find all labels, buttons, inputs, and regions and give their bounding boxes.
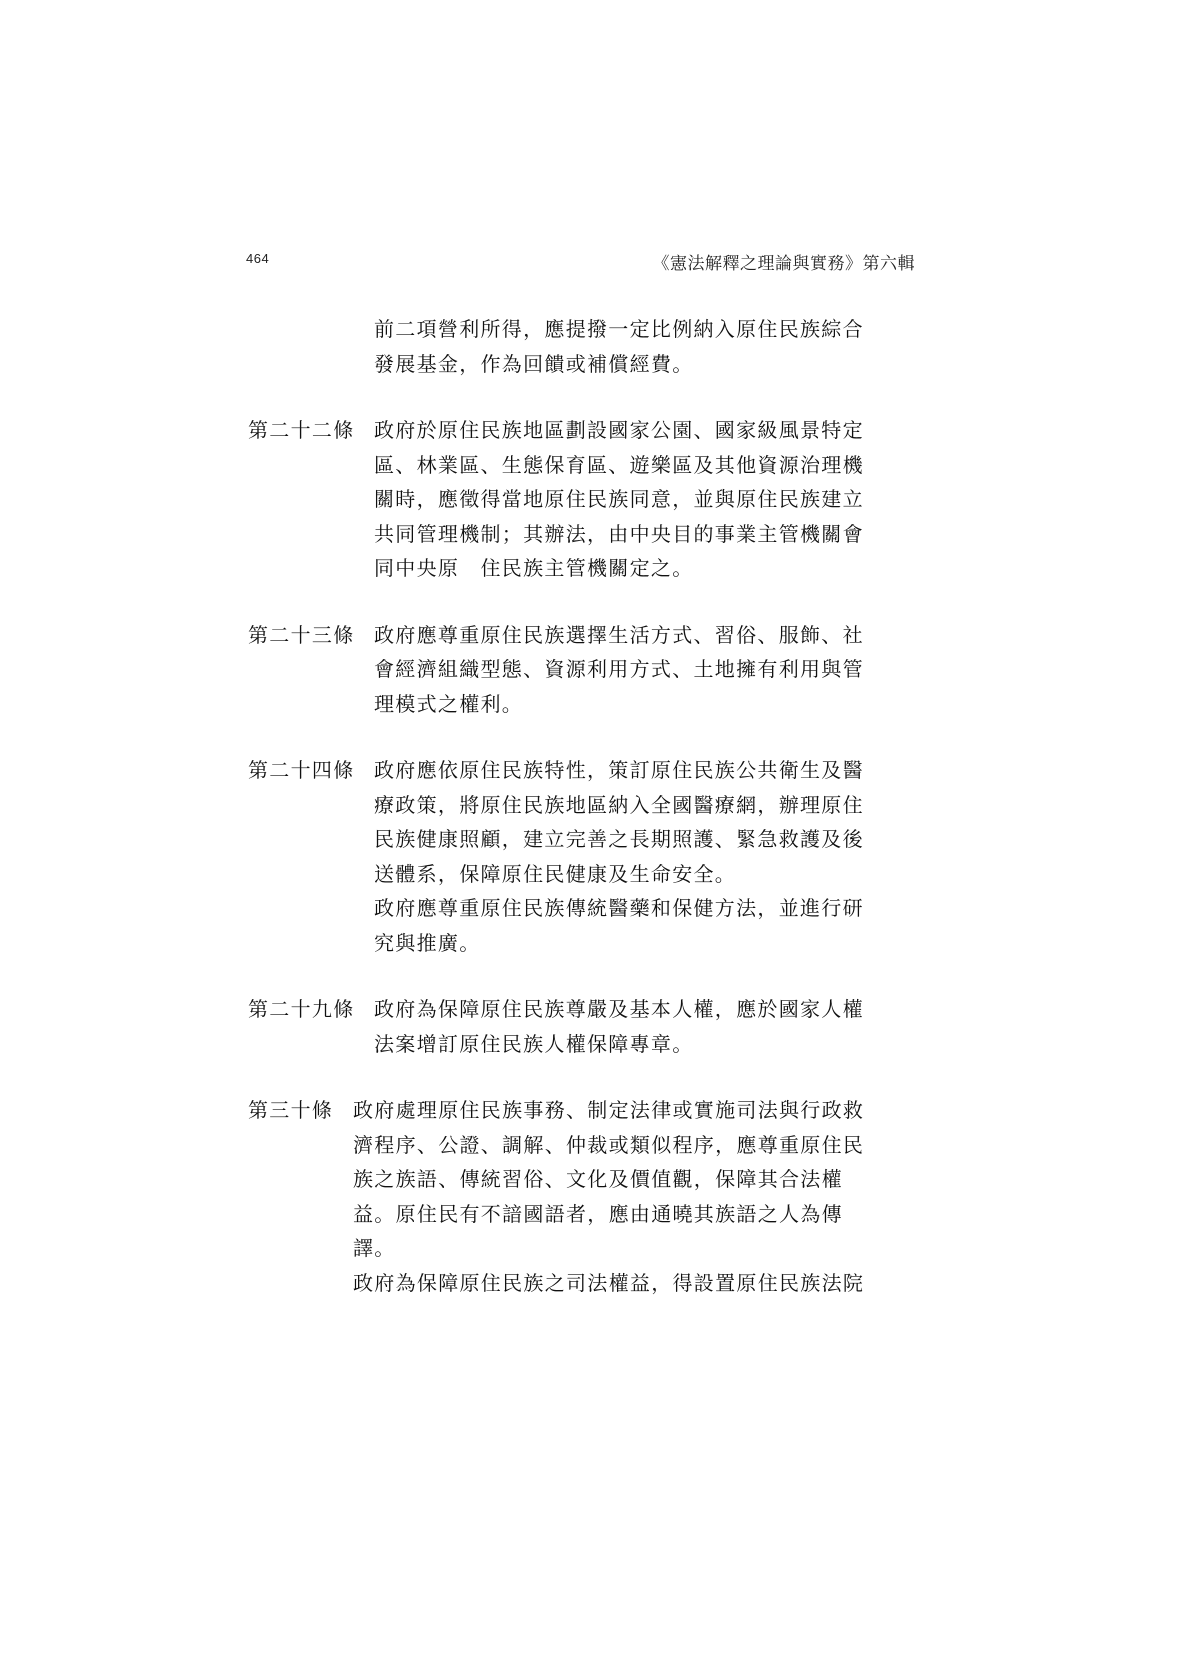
text-line: 益。原住民有不諳國語者，應由通曉其族語之人為傳 <box>353 1197 918 1232</box>
document-body: 前二項營利所得，應提撥一定比例納入原住民族綜合 發展基金，作為回饋或補償經費。 … <box>248 312 918 1300</box>
article-24: 第二十四條 政府應依原住民族特性，策訂原住民族公共衛生及醫 療政策，將原住民族地… <box>248 753 918 960</box>
text-line: 送體系，保障原住民健康及生命安全。 <box>374 857 918 892</box>
article-label: 第二十二條 <box>248 413 374 586</box>
text-line: 族之族語、傳統習俗、文化及價值觀，保障其合法權 <box>353 1162 918 1197</box>
text-line: 關時，應徵得當地原住民族同意，並與原住民族建立 <box>374 482 918 517</box>
article-label: 第二十三條 <box>248 618 374 722</box>
article-content: 政府應尊重原住民族選擇生活方式、習俗、服飾、社 會經濟組織型態、資源利用方式、土… <box>374 618 918 722</box>
article-23: 第二十三條 政府應尊重原住民族選擇生活方式、習俗、服飾、社 會經濟組織型態、資源… <box>248 618 918 722</box>
text-line: 同中央原 住民族主管機關定之。 <box>374 551 918 586</box>
text-line: 政府處理原住民族事務、制定法律或實施司法與行政救 <box>353 1093 918 1128</box>
text-line: 政府為保障原住民族尊嚴及基本人權，應於國家人權 <box>374 992 918 1027</box>
text-line: 發展基金，作為回饋或補償經費。 <box>374 347 862 382</box>
article-label: 第三十條 <box>248 1093 353 1300</box>
text-line: 政府應尊重原住民族選擇生活方式、習俗、服飾、社 <box>374 618 918 653</box>
text-line: 政府為保障原住民族之司法權益，得設置原住民族法院 <box>353 1266 918 1301</box>
article-30: 第三十條 政府處理原住民族事務、制定法律或實施司法與行政救 濟程序、公證、調解、… <box>248 1093 918 1300</box>
article-label: 第二十九條 <box>248 992 374 1061</box>
article-22: 第二十二條 政府於原住民族地區劃設國家公園、國家級風景特定 區、林業區、生態保育… <box>248 413 918 586</box>
article-content: 政府於原住民族地區劃設國家公園、國家級風景特定 區、林業區、生態保育區、遊樂區及… <box>374 413 918 586</box>
article-content: 政府應依原住民族特性，策訂原住民族公共衛生及醫 療政策，將原住民族地區納入全國醫… <box>374 753 918 960</box>
article-label: 第二十四條 <box>248 753 374 960</box>
article-content: 政府處理原住民族事務、制定法律或實施司法與行政救 濟程序、公證、調解、仲裁或類似… <box>353 1093 918 1300</box>
article-29: 第二十九條 政府為保障原住民族尊嚴及基本人權，應於國家人權 法案增訂原住民族人權… <box>248 992 918 1061</box>
text-line: 理模式之權利。 <box>374 687 918 722</box>
text-line: 民族健康照顧，建立完善之長期照護、緊急救護及後 <box>374 822 918 857</box>
text-line: 法案增訂原住民族人權保障專章。 <box>374 1027 918 1062</box>
text-line: 政府應尊重原住民族傳統醫藥和保健方法，並進行研 <box>374 891 918 926</box>
text-line: 究與推廣。 <box>374 926 918 961</box>
page-number: 464 <box>246 251 269 266</box>
text-line: 療政策，將原住民族地區納入全國醫療網，辦理原住 <box>374 788 918 823</box>
text-line: 會經濟組織型態、資源利用方式、土地擁有利用與管 <box>374 652 918 687</box>
text-line: 政府應依原住民族特性，策訂原住民族公共衛生及醫 <box>374 753 918 788</box>
running-header-title: 《憲法解釋之理論與實務》第六輯 <box>653 249 916 274</box>
text-line: 譯。 <box>353 1231 918 1266</box>
article-content: 政府為保障原住民族尊嚴及基本人權，應於國家人權 法案增訂原住民族人權保障專章。 <box>374 992 918 1061</box>
text-line: 區、林業區、生態保育區、遊樂區及其他資源治理機 <box>374 448 918 483</box>
text-line: 政府於原住民族地區劃設國家公園、國家級風景特定 <box>374 413 918 448</box>
intro-paragraph: 前二項營利所得，應提撥一定比例納入原住民族綜合 發展基金，作為回饋或補償經費。 <box>374 312 862 381</box>
text-line: 共同管理機制；其辦法，由中央目的事業主管機關會 <box>374 517 918 552</box>
text-line: 前二項營利所得，應提撥一定比例納入原住民族綜合 <box>374 312 862 347</box>
text-line: 濟程序、公證、調解、仲裁或類似程序，應尊重原住民 <box>353 1128 918 1163</box>
